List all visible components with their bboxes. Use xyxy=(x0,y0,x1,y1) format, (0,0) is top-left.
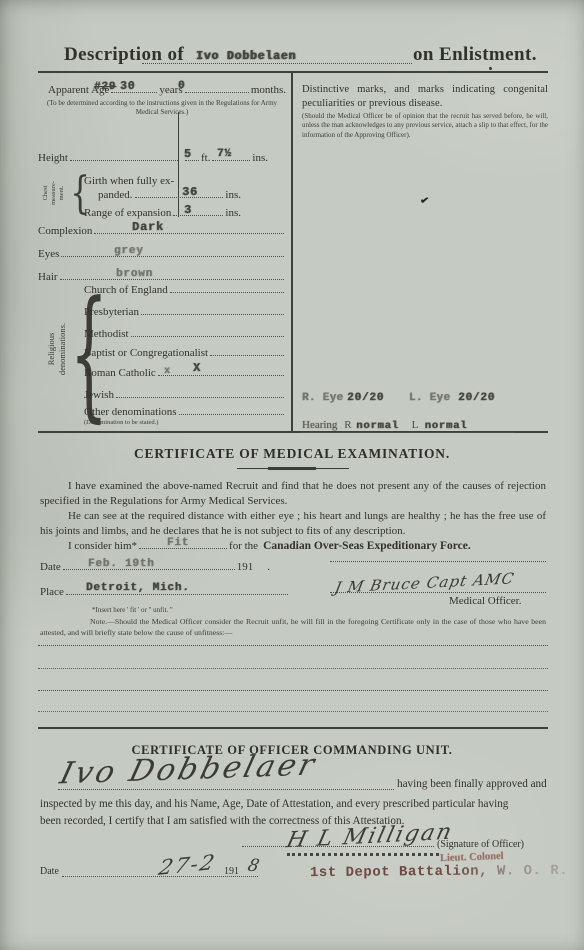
section-divider-rule xyxy=(38,727,548,729)
unit-stamp: 1st Depot Battalion, W. O. R. xyxy=(310,863,568,881)
unfitness-line-4 xyxy=(38,711,548,712)
hair-value-typed: brown xyxy=(116,268,153,280)
eyes-row: Eyes grey xyxy=(38,248,286,260)
vision-right-label: R. Eye xyxy=(302,392,343,404)
religion-row-roman-catholic: Roman Catholic x X xyxy=(84,367,286,379)
hearing-left-label: L xyxy=(412,419,418,431)
roman-catholic-mark-typed: X xyxy=(193,361,201,375)
girth-row: panded. ins. 36 xyxy=(84,189,241,201)
girth-label-line2: panded. xyxy=(98,189,133,201)
ins-label: ins. xyxy=(252,152,268,164)
hearing-label: Hearing xyxy=(302,419,337,431)
header-rule xyxy=(38,71,548,73)
hearing-right-value: normal xyxy=(356,420,399,432)
age-struck-typed: #29 xyxy=(94,81,116,93)
medical-date-row: Date 191 . Feb. 19th xyxy=(40,561,270,573)
religion-other-note: (Denomination to be stated.) xyxy=(84,419,158,427)
vision-right-value: 20/20 xyxy=(347,392,384,404)
recruit-name-typed: Ivo Dobbelaen xyxy=(196,50,296,63)
hearing-left-value: normal xyxy=(425,420,468,432)
medical-para2: He can see at the required distance with… xyxy=(40,509,546,540)
officer-signature-dotted-line xyxy=(242,846,434,847)
unfitness-line-1 xyxy=(38,645,548,646)
medical-para1: I have examined the above-named Recruit … xyxy=(40,479,546,510)
fit-footnote: *Insert here ' fit ' or " unfit. " xyxy=(92,606,173,615)
medical-date-dotted-right xyxy=(330,561,546,562)
months-label: months. xyxy=(251,84,286,96)
commanding-year-printed: 191 xyxy=(224,866,239,877)
ink-check-mark: ✔ xyxy=(419,194,429,207)
religion-row-other: Other denominations xyxy=(84,406,286,418)
title-prefix: Description of xyxy=(64,44,184,65)
hearing-right-label: R xyxy=(344,419,351,431)
roman-catholic-mark-faint: x xyxy=(164,366,171,377)
commanding-year-written: 8 xyxy=(246,856,262,877)
medical-officer-role: Medical Officer. xyxy=(449,595,522,607)
mo-signature-dotted-line xyxy=(330,592,546,593)
religion-row-church: Church of England xyxy=(84,284,286,296)
medical-title-rule-thick xyxy=(268,467,316,470)
girth-value-typed: 36 xyxy=(182,185,198,199)
girth-unit: ins. xyxy=(225,189,241,201)
range-label: Range of expansion xyxy=(84,207,171,219)
religion-row-baptist: Baptist or Congregationalist xyxy=(84,347,286,359)
name-dotted-line xyxy=(142,63,412,64)
distinctive-marks-heading: Distinctive marks, and marks indicating … xyxy=(302,83,548,110)
eyes-label: Eyes xyxy=(38,248,59,260)
unfitness-line-3 xyxy=(38,690,548,691)
complexion-value-typed: Dark xyxy=(132,220,164,234)
range-row: Range of expansion ins. 3 xyxy=(84,207,241,219)
complexion-label: Complexion xyxy=(38,225,92,237)
distinctive-marks-note: (Should the Medical Officer be of opinio… xyxy=(302,112,548,140)
enlistment-form-page: Description of Ivo Dobbelaen on Enlistme… xyxy=(0,0,584,950)
hearing-row: Hearing R normal L normal xyxy=(302,419,467,432)
range-unit: ins. xyxy=(225,207,241,219)
religion-row-presbyterian: Presbyterian xyxy=(84,306,286,318)
consider-prefix: I consider him* xyxy=(68,540,137,552)
column-divider xyxy=(291,73,293,432)
medical-year-printed: 191 xyxy=(237,561,254,573)
hair-label: Hair xyxy=(38,271,58,283)
force-name: Canadian Over-Seas Expeditionary Force. xyxy=(263,540,471,552)
height-row: Height xyxy=(38,152,180,164)
medical-place-row: Place Detroit, Mich. xyxy=(40,586,290,598)
consider-mid: for the xyxy=(229,540,258,552)
medical-note: Note.—Should the Medical Officer conside… xyxy=(40,617,546,638)
religion-row-methodist: Methodist xyxy=(84,328,286,340)
measurement-divider xyxy=(178,112,179,217)
recruit-signature-dotted-line xyxy=(58,789,394,790)
rank-stamp: Lieut. Colonel xyxy=(440,851,504,864)
vision-left-label: L. Eye xyxy=(409,392,450,404)
unfitness-line-2 xyxy=(38,668,548,669)
hearing-underline xyxy=(300,432,515,433)
signature-caption: (Signature of Officer) xyxy=(437,839,524,850)
commanding-body-line2: inspected by me this day, and his Name, … xyxy=(40,798,546,810)
commanding-date-label: Date xyxy=(40,866,59,877)
range-value-typed: 3 xyxy=(184,203,192,217)
title-suffix: on Enlistment. xyxy=(413,44,537,66)
consider-row: I consider him* for the Canadian Over-Se… xyxy=(40,540,546,552)
religion-group-label: Religious denominations. xyxy=(46,286,67,412)
chest-group-label: Chest measure- ment. xyxy=(42,173,66,213)
age-months-typed: 0 xyxy=(178,80,185,92)
medical-place-label: Place xyxy=(40,586,64,598)
medical-date-typed: Feb. 19th xyxy=(88,558,155,570)
ft-label: ft. xyxy=(201,152,210,164)
consider-value-typed: Fit xyxy=(167,537,189,549)
complexion-row: Complexion Dark xyxy=(38,225,286,237)
religion-row-jewish: Jewish xyxy=(84,389,286,401)
medical-place-typed: Detroit, Mich. xyxy=(86,582,190,594)
rank-thick-dotted-line xyxy=(287,853,439,856)
medical-cert-title: CERTIFICATE OF MEDICAL EXAMINATION. xyxy=(0,446,584,462)
height-values-row: ft. ins. 5 7½ xyxy=(183,152,268,164)
medical-date-label: Date xyxy=(40,561,61,573)
age-years-typed: 30 xyxy=(120,80,135,93)
vision-left-value: 20/20 xyxy=(458,392,495,404)
height-inches-typed: 7½ xyxy=(217,148,232,160)
apparent-age-note: (To be determined according to the instr… xyxy=(38,99,286,117)
medical-year-dot: . xyxy=(267,561,270,573)
vision-row: R. Eye 20/20 L. Eye 20/20 xyxy=(302,391,495,404)
girth-label-line1: Girth when fully ex- xyxy=(84,175,174,187)
approved-text: having been finally approved and xyxy=(397,778,547,790)
commanding-body-line3: been recorded, I certify that I am satis… xyxy=(40,815,546,827)
ink-speck xyxy=(489,67,492,70)
height-feet-typed: 5 xyxy=(184,148,192,161)
eyes-value-typed: grey xyxy=(114,245,144,257)
apparent-age-row: Apparent Age years months. #29 30 0 xyxy=(38,84,286,96)
height-label: Height xyxy=(38,152,68,164)
